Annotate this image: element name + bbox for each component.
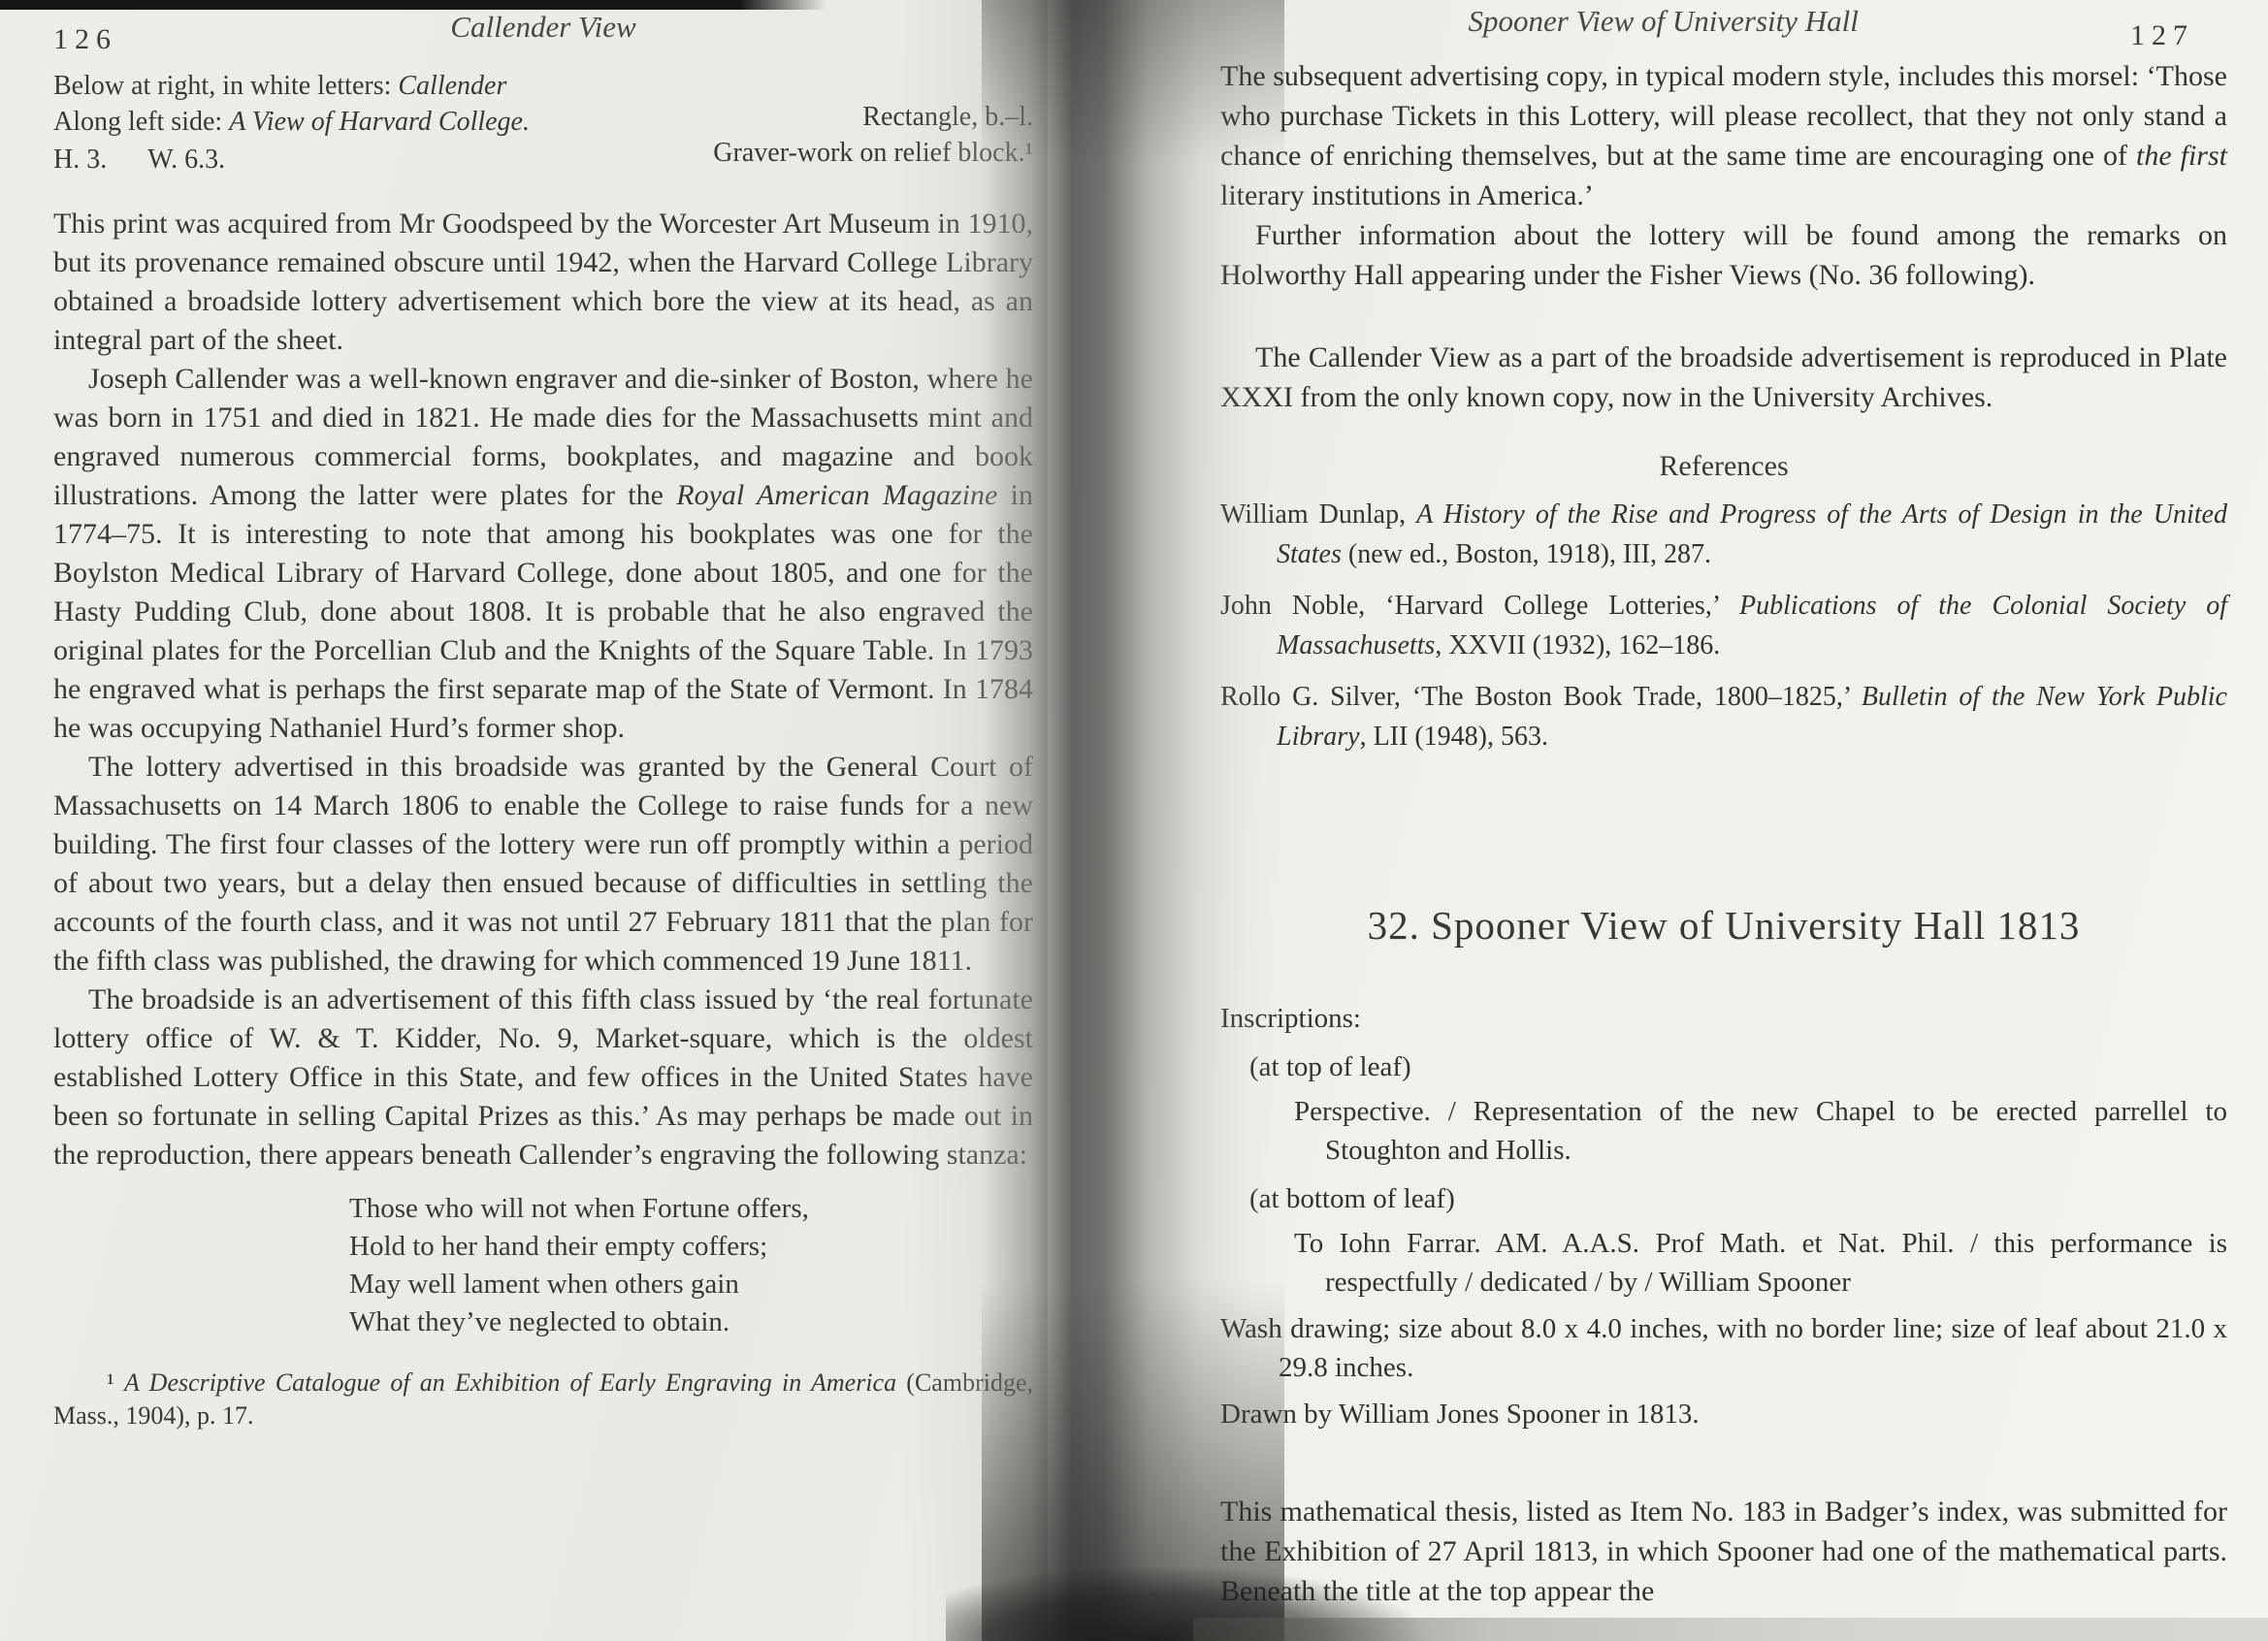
book-gutter-shadow: [982, 0, 1284, 1641]
inscription-block: Below at right, in white letters: Callen…: [53, 68, 1033, 177]
section-heading: 32. Spooner View of University Hall 1813: [1220, 902, 2227, 949]
scan-edge-top: [0, 0, 739, 10]
inscription-location-label: (at top of leaf): [1220, 1047, 2227, 1086]
paragraph: The subsequent advertising copy, in typi…: [1220, 56, 2227, 215]
paragraph: Further information about the lottery wi…: [1220, 215, 2227, 295]
paragraph: The lottery advertised in this broadside…: [53, 748, 1033, 981]
right-running-head: Spooner View of University Hall 127: [1220, 6, 2227, 56]
right-page-number: 127: [2130, 19, 2194, 52]
left-page: 126 Callender View Below at right, in wh…: [0, 0, 1053, 1641]
right-page: Spooner View of University Hall 127 The …: [1211, 0, 2249, 1641]
footnote: ¹ A Descriptive Catalogue of an Exhibiti…: [53, 1367, 1033, 1432]
left-running-head: 126 Callender View: [53, 12, 1033, 62]
left-page-number: 126: [53, 23, 117, 56]
inscription-location-label: (at bottom of leaf): [1220, 1179, 2227, 1218]
reference-entry: William Dunlap, A History of the Rise an…: [1220, 495, 2227, 574]
medium-note: Wash drawing; size about 8.0 x 4.0 inche…: [1220, 1309, 2227, 1387]
paragraph: Joseph Callender was a well-known engrav…: [53, 360, 1033, 748]
inscriptions-label: Inscriptions:: [1220, 999, 2227, 1038]
paragraph: This print was acquired from Mr Goodspee…: [53, 205, 1033, 360]
inscription-text: To Iohn Farrar. AM. A.A.S. Prof Math. et…: [1220, 1224, 2227, 1302]
inscription-text: Perspective. / Representation of the new…: [1220, 1092, 2227, 1170]
right-running-title: Spooner View of University Hall: [1469, 4, 1859, 39]
left-running-title: Callender View: [450, 10, 635, 45]
reference-entry: John Noble, ‘Harvard College Lotteries,’…: [1220, 586, 2227, 665]
references-heading: References: [1220, 450, 2227, 483]
paragraph: The broadside is an advertisement of thi…: [53, 981, 1033, 1174]
paragraph: The Callender View as a part of the broa…: [1220, 338, 2227, 417]
book-scan: 126 Callender View Below at right, in wh…: [0, 0, 2268, 1641]
reference-entry: Rollo G. Silver, ‘The Boston Book Trade,…: [1220, 677, 2227, 756]
scan-edge-bottom: [1193, 1618, 2268, 1641]
drawn-note: Drawn by William Jones Spooner in 1813.: [1220, 1395, 2227, 1433]
